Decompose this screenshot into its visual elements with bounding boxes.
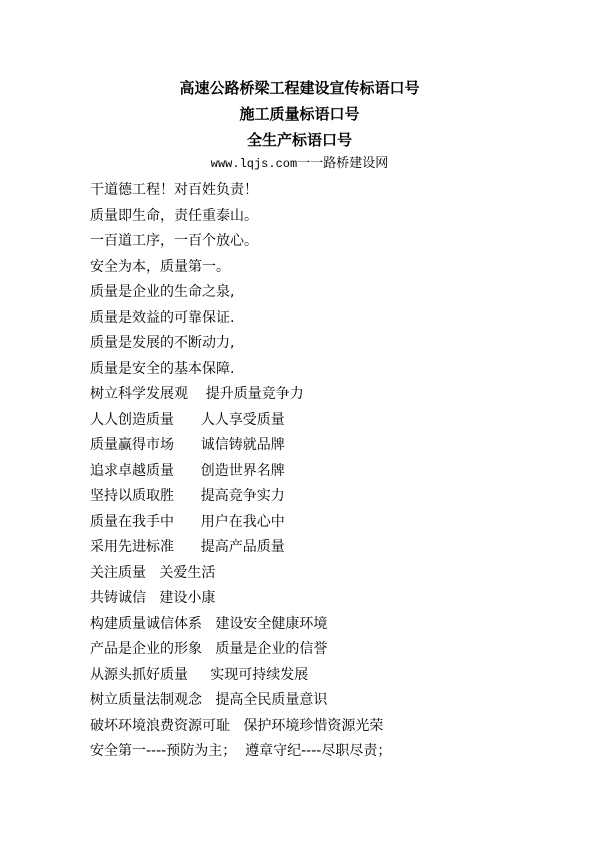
slogan-line: 关注质量 关爱生活 [90, 561, 570, 587]
subtitle-quality: 施工质量标语口号 [0, 104, 599, 124]
slogan-line: 坚持以质取胜 提高竞争实力 [90, 484, 570, 510]
slogan-line: 产品是企业的形象 质量是企业的信誉 [90, 637, 570, 663]
slogan-line: 从源头抓好质量 实现可持续发展 [90, 663, 570, 689]
slogan-line: 安全第一----预防为主； 遵章守纪----尽职尽责； [90, 739, 570, 765]
slogan-line: 构建质量诚信体系 建设安全健康环境 [90, 612, 570, 638]
slogan-line: 人人创造质量 人人享受质量 [90, 408, 570, 434]
subtitle-safety: 全生产标语口号 [0, 130, 599, 150]
slogan-line: 质量是发展的不断动力, [90, 331, 570, 357]
slogan-line: 树立质量法制观念 提高全民质量意识 [90, 688, 570, 714]
slogan-line: 树立科学发展观 提升质量竞争力 [90, 382, 570, 408]
slogan-line: 安全为本，质量第一。 [90, 255, 570, 281]
main-title: 高速公路桥梁工程建设宣传标语口号 [0, 78, 599, 98]
slogan-line: 破坏环境浪费资源可耻 保护环境珍惜资源光荣 [90, 714, 570, 740]
slogan-line: 质量赢得市场 诚信铸就品牌 [90, 433, 570, 459]
source-site-name: 路桥建设网 [323, 156, 388, 171]
slogan-line: 干道德工程！对百姓负责！ [90, 178, 570, 204]
slogan-line: 质量在我手中 用户在我心中 [90, 510, 570, 536]
slogan-line: 质量是安全的基本保障. [90, 357, 570, 383]
source-url: www.lqjs.com [211, 157, 297, 171]
slogan-line: 一百道工序，一百个放心。 [90, 229, 570, 255]
slogan-line: 质量即生命，责任重泰山。 [90, 204, 570, 230]
slogan-list: 干道德工程！对百姓负责！ 质量即生命，责任重泰山。 一百道工序，一百个放心。 安… [90, 178, 570, 765]
source-line: www.lqjs.com一一路桥建设网 [0, 155, 599, 173]
slogan-line: 采用先进标准 提高产品质量 [90, 535, 570, 561]
slogan-line: 共铸诚信 建设小康 [90, 586, 570, 612]
slogan-line: 质量是效益的可靠保证. [90, 306, 570, 332]
slogan-line: 质量是企业的生命之泉, [90, 280, 570, 306]
document-page: 高速公路桥梁工程建设宣传标语口号 施工质量标语口号 全生产标语口号 www.lq… [0, 0, 599, 850]
slogan-line: 追求卓越质量 创造世界名牌 [90, 459, 570, 485]
source-separator: 一一 [297, 156, 323, 171]
